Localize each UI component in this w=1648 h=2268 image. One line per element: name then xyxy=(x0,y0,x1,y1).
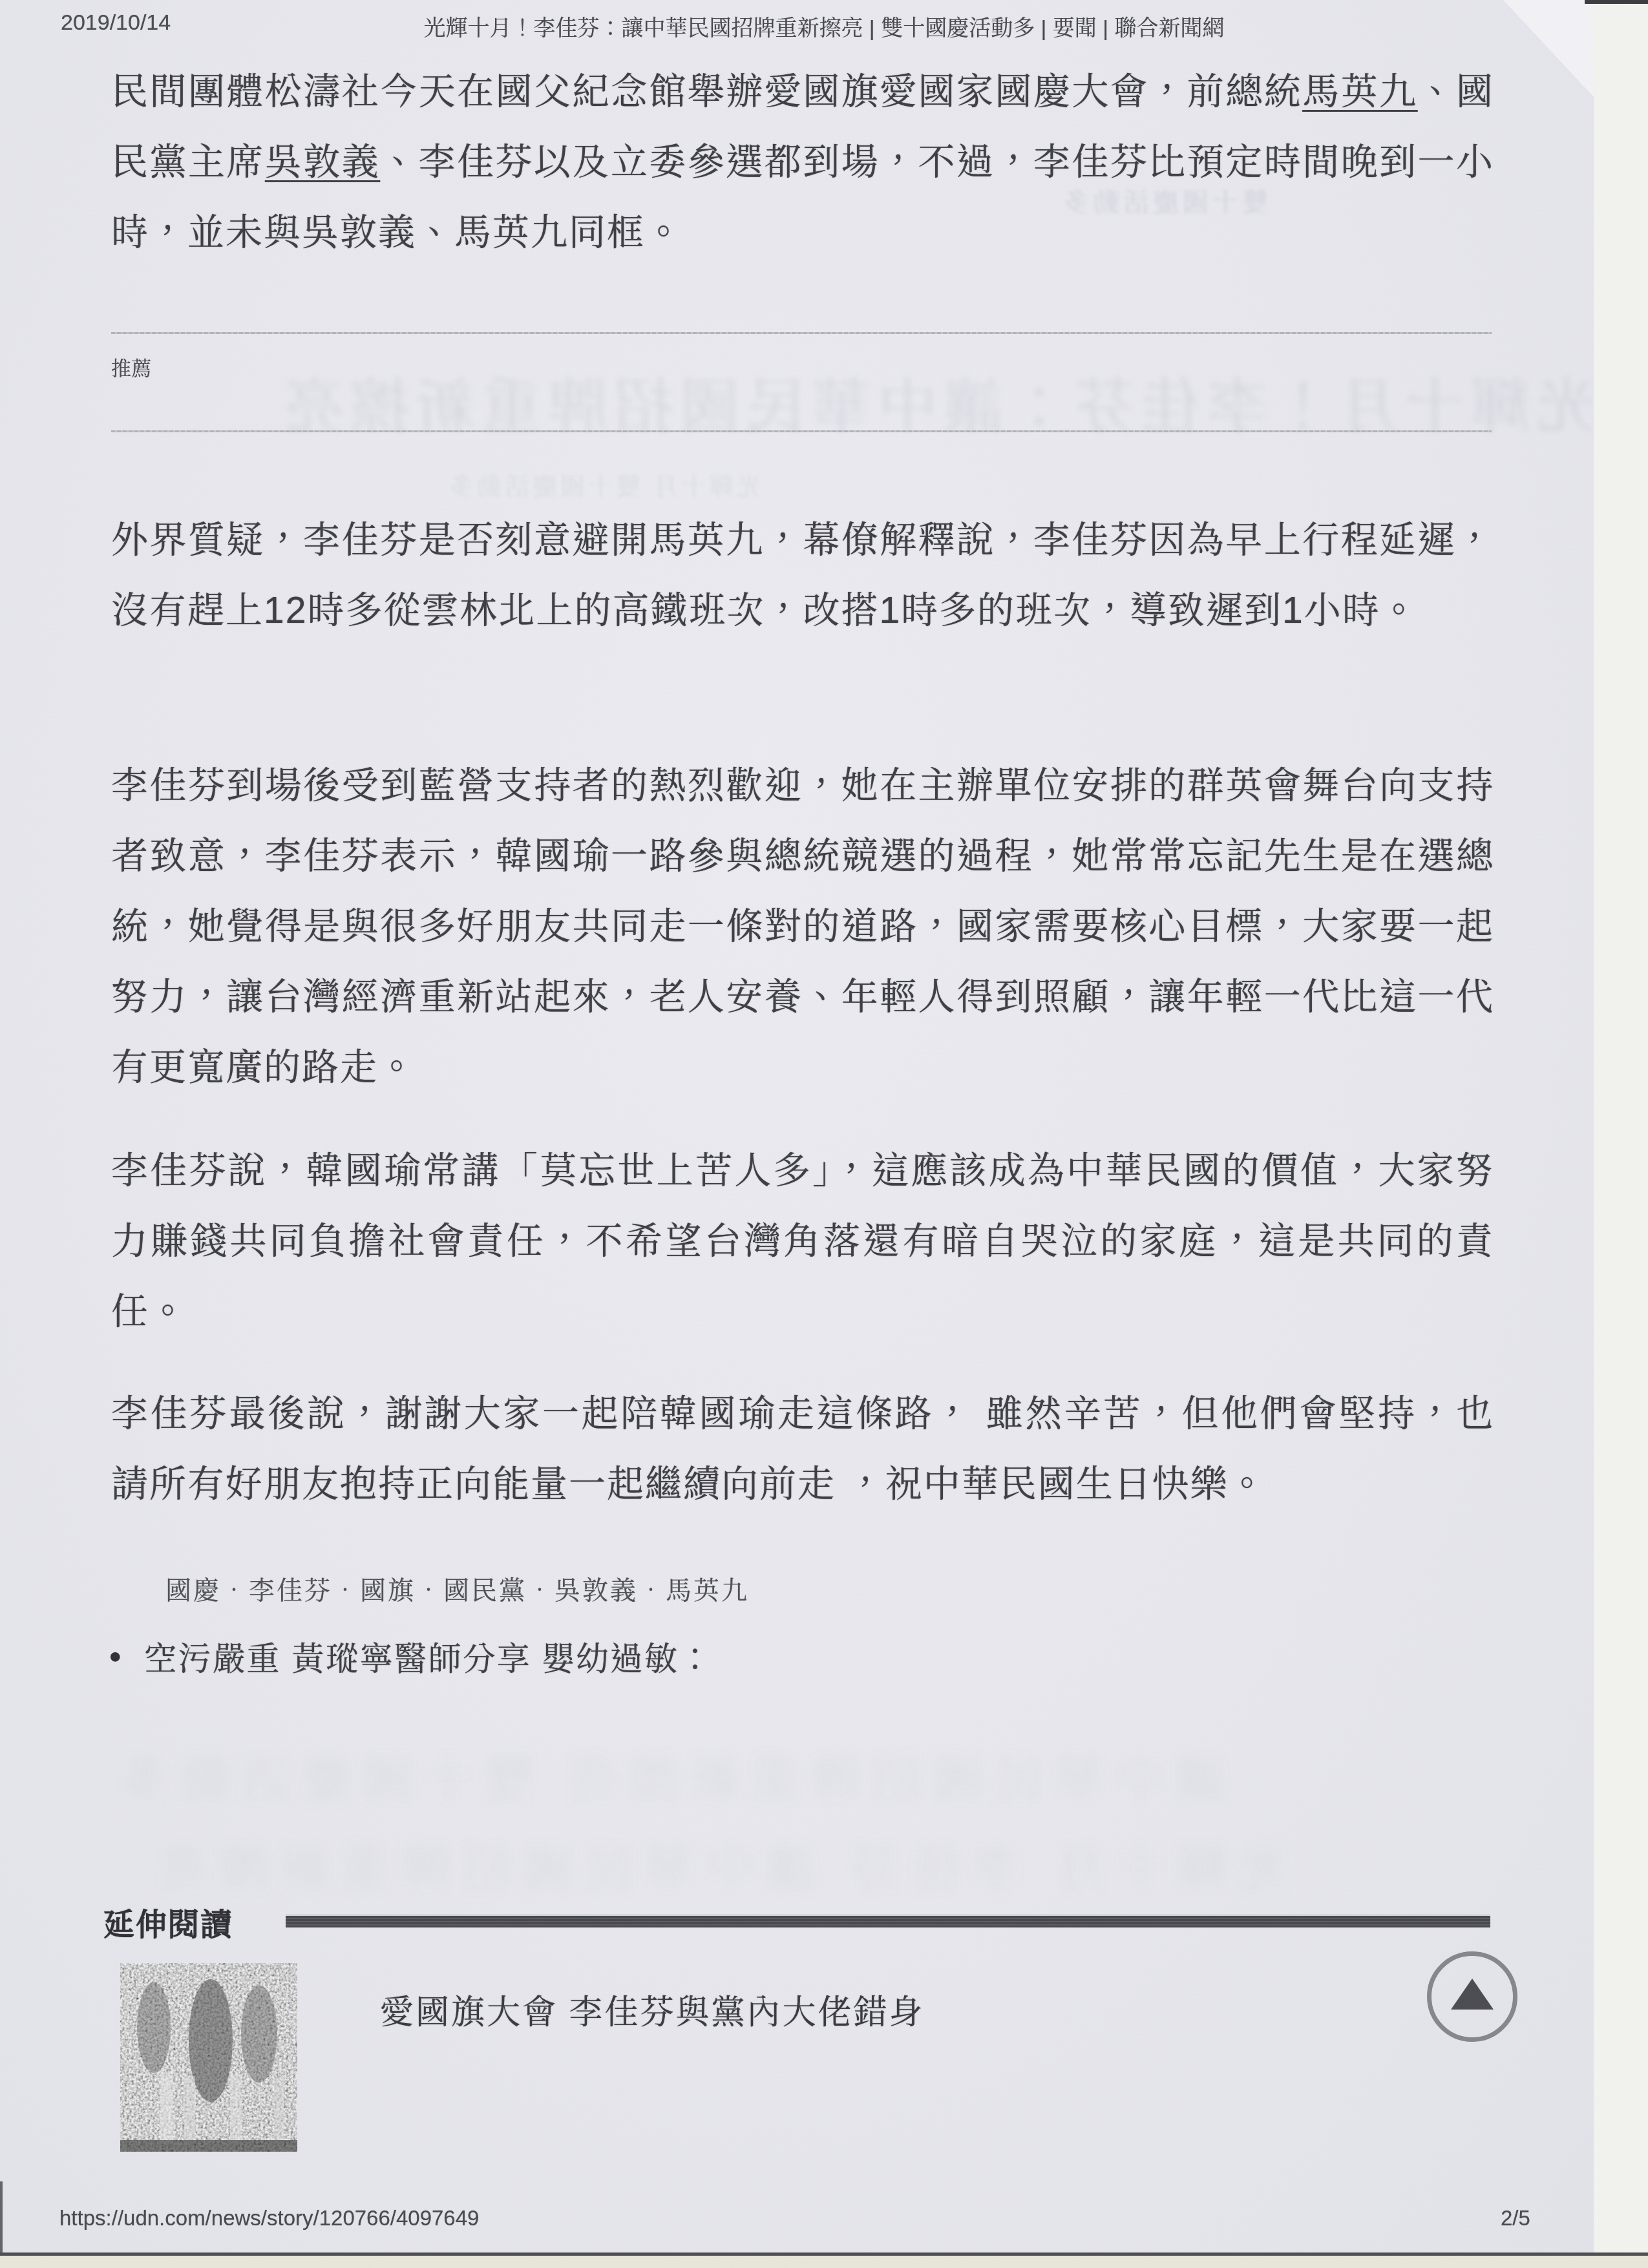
triangle-up-icon xyxy=(1451,1979,1494,2010)
divider xyxy=(111,430,1492,432)
article-paragraph-3: 李佳芬到場後受到藍營支持者的熱烈歡迎，她在主辦單位安排的群英會舞台向支持者致意，… xyxy=(111,751,1494,1103)
scanned-news-printout: 2019/10/14 光輝十月！李佳芬：讓中華民國招牌重新擦亮 | 雙十國慶活動… xyxy=(0,0,1648,2268)
ghost-showthrough-row: 光輝十月 李佳芬 讓中華民國招牌重新擦亮 xyxy=(149,1827,1289,1902)
scanner-background-strip xyxy=(1594,0,1648,2256)
paper-corner-fold xyxy=(1503,0,1594,97)
divider xyxy=(111,332,1492,334)
print-date: 2019/10/14 xyxy=(61,10,171,36)
bw-crowd-photo xyxy=(120,1963,297,2152)
print-doc-title: 光輝十月！李佳芬：讓中華民國招牌重新擦亮 | 雙十國慶活動多 | 要聞 | 聯合… xyxy=(423,10,1224,42)
paper-edge-shadow-left xyxy=(0,2181,3,2254)
bullet-icon: ● xyxy=(109,1633,122,1679)
scanner-edge-shadow xyxy=(1585,0,1648,4)
article-paragraph-4: 李佳芬說，韓國瑜常講「莫忘世上苦人多」，這應該成為中華民國的價值，大家努力賺錢共… xyxy=(111,1136,1494,1347)
paper-grain-texture xyxy=(0,0,1648,2268)
scanner-background-bottom xyxy=(0,2256,1648,2268)
link-wu-den-yih[interactable]: 吳敦義 xyxy=(265,142,380,183)
recommend-label: 推薦 xyxy=(111,352,151,381)
article-paragraph-1: 民間團體松濤社今天在國父紀念館舉辦愛國旗愛國家國慶大會，前總統馬英九、國民黨主席… xyxy=(111,57,1494,268)
article-thumbnail[interactable] xyxy=(120,1963,297,2152)
ghost-showthrough-subline: 光輝十月 雙十國慶活動多 xyxy=(446,467,762,502)
article-paragraph-5: 李佳芬最後說，謝謝大家一起陪韓國瑜走這條路， 雖然辛苦，但他們會堅持，也請所有好… xyxy=(111,1379,1494,1520)
footer-page-indicator: 2/5 xyxy=(1501,2206,1530,2231)
related-article-link[interactable]: 空污嚴重 黃瑽寧醫師分享 嬰幼過敏： xyxy=(144,1632,713,1680)
back-to-top-button[interactable] xyxy=(1427,1951,1517,2042)
extended-reading-divider xyxy=(286,1914,1490,1927)
extended-reading-label: 延伸閱讀 xyxy=(103,1900,233,1944)
related-list-item[interactable]: ● 空污嚴重 黃瑽寧醫師分享 嬰幼過敏： xyxy=(109,1632,713,1680)
paragraph-text: 民間團體松濤社今天在國父紀念館舉辦愛國旗愛國家國慶大會，前總統 xyxy=(111,71,1302,112)
extended-reading-link[interactable]: 愛國旗大會 李佳芬與黨內大佬錯身 xyxy=(380,1985,924,2033)
ghost-showthrough-row: 讓中華民國招牌重新擦亮 雙十國慶活動多 xyxy=(110,1738,1227,1812)
article-tags[interactable]: 國慶．李佳芬．國旗．國民黨．吳敦義．馬英九 xyxy=(165,1570,749,1607)
article-paragraph-2: 外界質疑，李佳芬是否刻意避開馬英九，幕僚解釋說，李佳芬因為早上行程延遲，沒有趕上… xyxy=(111,505,1494,646)
footer-url: https://udn.com/news/story/120766/409764… xyxy=(59,2206,479,2231)
link-ma-ying-jeou[interactable]: 馬英九 xyxy=(1302,71,1417,112)
